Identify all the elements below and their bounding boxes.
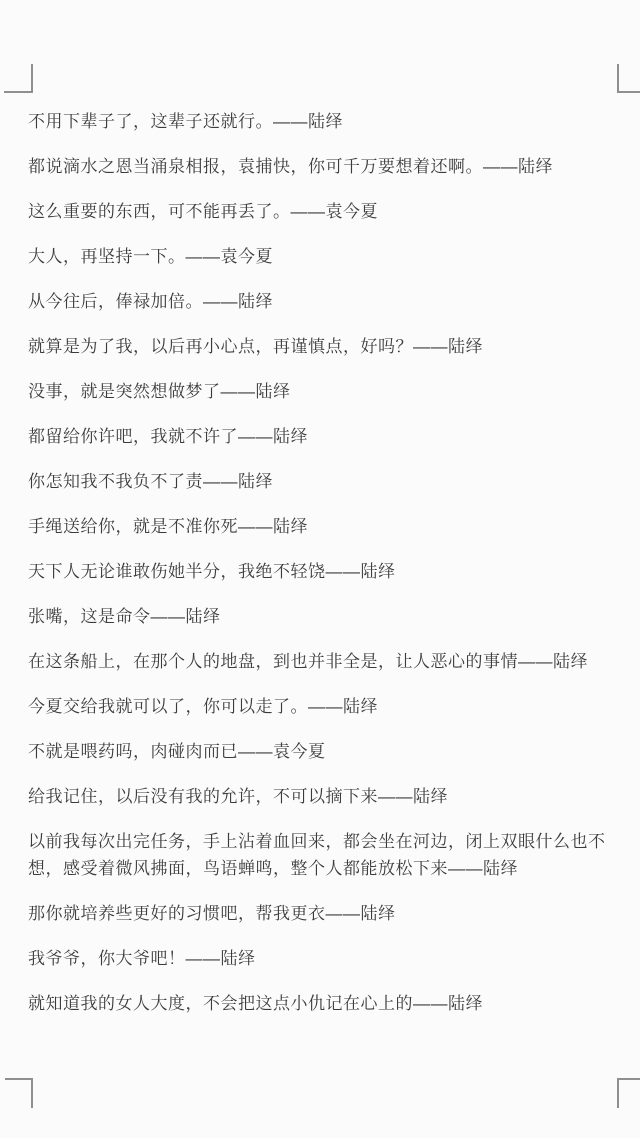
quote-author: 陆绎 <box>413 787 448 806</box>
crop-mark-bottom-left <box>5 1078 33 1108</box>
quote-separator: —— <box>273 112 308 131</box>
quote-text: 就知道我的女人大度，不会把这点小仇记在心上的 <box>28 994 413 1013</box>
quote-line: 以前我每次出完任务，手上沾着血回来，都会坐在河边，闭上双眼什么也不想，感受着微风… <box>28 828 630 882</box>
quote-separator: —— <box>378 787 413 806</box>
quote-text: 手绳送给你，就是不准你死 <box>28 517 238 536</box>
quote-line: 你怎知我不我负不了责——陆绎 <box>28 468 630 495</box>
quote-separator: —— <box>448 859 483 878</box>
quote-line: 这么重要的东西，可不能再丢了。——袁今夏 <box>28 198 630 225</box>
quote-line: 都说滴水之恩当涌泉相报，袁捕快，你可千万要想着还啊。——陆绎 <box>28 153 630 180</box>
quote-line: 手绳送给你，就是不准你死——陆绎 <box>28 513 630 540</box>
quote-separator: —— <box>186 247 221 266</box>
quote-line: 天下人无论谁敢伤她半分，我绝不轻饶——陆绎 <box>28 558 630 585</box>
quote-text: 大人，再坚持一下。 <box>28 247 186 266</box>
quote-separator: —— <box>238 427 273 446</box>
quote-list: 不用下辈子了，这辈子还就行。——陆绎 都说滴水之恩当涌泉相报，袁捕快，你可千万要… <box>28 108 630 1035</box>
crop-mark-top-right <box>617 64 640 93</box>
quote-text: 都留给你许吧，我就不许了 <box>28 427 238 446</box>
quote-separator: —— <box>308 697 343 716</box>
quote-line: 从今往后，俸禄加倍。——陆绎 <box>28 288 630 315</box>
quote-separator: —— <box>238 517 273 536</box>
quote-text: 不用下辈子了，这辈子还就行。 <box>28 112 273 131</box>
quote-line: 都留给你许吧，我就不许了——陆绎 <box>28 423 630 450</box>
quote-text: 今夏交给我就可以了，你可以走了。 <box>28 697 308 716</box>
quote-line: 没事，就是突然想做梦了——陆绎 <box>28 378 630 405</box>
quote-author: 陆绎 <box>483 859 518 878</box>
quote-author: 陆绎 <box>238 472 273 491</box>
quote-text: 都说滴水之恩当涌泉相报，袁捕快，你可千万要想着还啊。 <box>28 157 483 176</box>
quote-separator: —— <box>413 337 448 356</box>
quote-separator: —— <box>203 472 238 491</box>
quote-author: 陆绎 <box>256 382 291 401</box>
quote-text: 这么重要的东西，可不能再丢了。 <box>28 202 291 221</box>
quote-author: 陆绎 <box>308 112 343 131</box>
quote-separator: —— <box>203 292 238 311</box>
quote-author: 袁今夏 <box>273 742 326 761</box>
quote-line: 就算是为了我，以后再小心点，再谨慎点，好吗？——陆绎 <box>28 333 630 360</box>
quote-author: 陆绎 <box>448 337 483 356</box>
quote-line: 大人，再坚持一下。——袁今夏 <box>28 243 630 270</box>
quote-author: 陆绎 <box>361 904 396 923</box>
quote-line: 不用下辈子了，这辈子还就行。——陆绎 <box>28 108 630 135</box>
quote-text: 就算是为了我，以后再小心点，再谨慎点，好吗？ <box>28 337 413 356</box>
quote-text: 我爷爷，你大爷吧！ <box>28 949 186 968</box>
quote-separator: —— <box>186 949 221 968</box>
quote-text: 不就是喂药吗，肉碰肉而已 <box>28 742 238 761</box>
quote-text: 以前我每次出完任务，手上沾着血回来，都会坐在河边，闭上双眼什么也不想，感受着微风… <box>28 832 606 878</box>
crop-mark-top-left <box>4 64 33 93</box>
quote-line: 不就是喂药吗，肉碰肉而已——袁今夏 <box>28 738 630 765</box>
quote-separator: —— <box>326 904 361 923</box>
quote-separator: —— <box>221 382 256 401</box>
quote-author: 陆绎 <box>553 652 588 671</box>
quote-separator: —— <box>151 607 186 626</box>
quote-text: 从今往后，俸禄加倍。 <box>28 292 203 311</box>
quote-author: 陆绎 <box>343 697 378 716</box>
quote-text: 给我记住，以后没有我的允许，不可以摘下来 <box>28 787 378 806</box>
quote-text: 天下人无论谁敢伤她半分，我绝不轻饶 <box>28 562 326 581</box>
quote-author: 陆绎 <box>221 949 256 968</box>
quote-author: 陆绎 <box>448 994 483 1013</box>
quote-separator: —— <box>238 742 273 761</box>
quote-separator: —— <box>518 652 553 671</box>
crop-mark-bottom-right <box>617 1078 640 1108</box>
quote-line: 我爷爷，你大爷吧！——陆绎 <box>28 945 630 972</box>
quote-separator: —— <box>413 994 448 1013</box>
quote-line: 给我记住，以后没有我的允许，不可以摘下来——陆绎 <box>28 783 630 810</box>
quote-line: 就知道我的女人大度，不会把这点小仇记在心上的——陆绎 <box>28 990 630 1017</box>
quote-line: 张嘴，这是命令——陆绎 <box>28 603 630 630</box>
quote-author: 袁今夏 <box>221 247 274 266</box>
document-page: 不用下辈子了，这辈子还就行。——陆绎 都说滴水之恩当涌泉相报，袁捕快，你可千万要… <box>0 0 640 1138</box>
quote-text: 在这条船上，在那个人的地盘，到也并非全是，让人恶心的事情 <box>28 652 518 671</box>
quote-separator: —— <box>326 562 361 581</box>
quote-text: 那你就培养些更好的习惯吧，帮我更衣 <box>28 904 326 923</box>
quote-author: 陆绎 <box>238 292 273 311</box>
quote-author: 陆绎 <box>273 517 308 536</box>
quote-line: 今夏交给我就可以了，你可以走了。——陆绎 <box>28 693 630 720</box>
quote-author: 陆绎 <box>518 157 553 176</box>
quote-author: 陆绎 <box>273 427 308 446</box>
quote-separator: —— <box>291 202 326 221</box>
quote-line: 在这条船上，在那个人的地盘，到也并非全是，让人恶心的事情——陆绎 <box>28 648 630 675</box>
quote-author: 陆绎 <box>186 607 221 626</box>
quote-text: 你怎知我不我负不了责 <box>28 472 203 491</box>
quote-separator: —— <box>483 157 518 176</box>
quote-author: 陆绎 <box>361 562 396 581</box>
quote-author: 袁今夏 <box>326 202 379 221</box>
quote-text: 张嘴，这是命令 <box>28 607 151 626</box>
quote-line: 那你就培养些更好的习惯吧，帮我更衣——陆绎 <box>28 900 630 927</box>
quote-text: 没事，就是突然想做梦了 <box>28 382 221 401</box>
